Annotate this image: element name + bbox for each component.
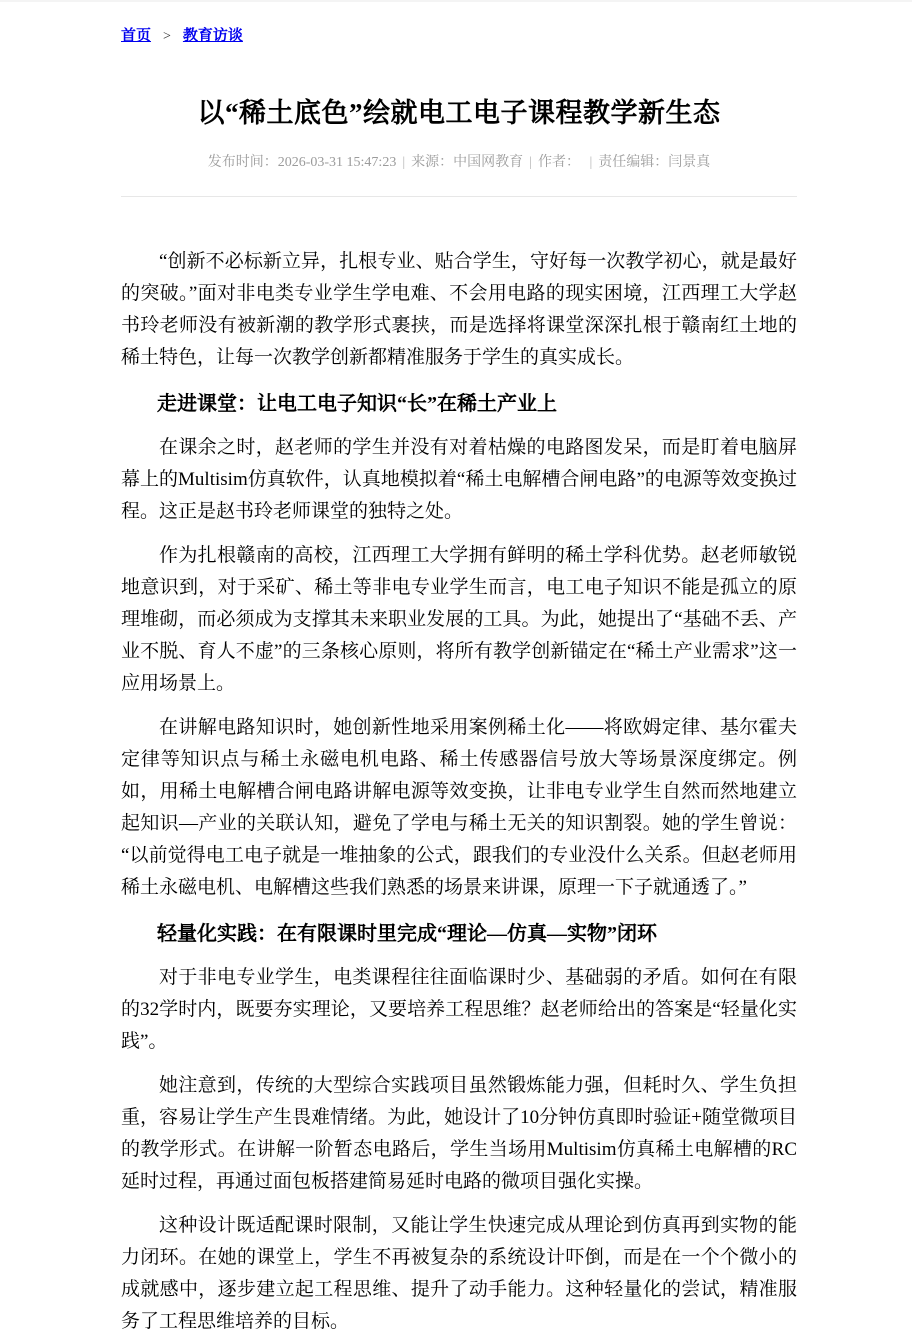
- article-page: { "breadcrumb": { "home": "首页", "separat…: [0, 0, 912, 1339]
- meta-publish-time: 发布时间：2026-03-31 15:47:23: [208, 155, 397, 170]
- meta-editor: 责任编辑：闫景真: [598, 155, 710, 170]
- article-paragraph: 在课余之时，赵老师的学生并没有对着枯燥的电路图发呆，而是盯着电脑屏幕上的Mult…: [121, 432, 797, 528]
- article-meta: 发布时间：2026-03-31 15:47:23|来源：中国网教育|作者： |责…: [121, 153, 797, 173]
- meta-separator: |: [402, 155, 405, 170]
- meta-author: 作者：: [538, 155, 580, 170]
- article-body: “创新不必标新立异，扎根专业、贴合学生，守好每一次教学初心，就是最好的突破。”面…: [121, 246, 797, 1338]
- breadcrumb-separator: >: [163, 29, 171, 44]
- article-container: 首页>教育访谈 以“稀土底色”绘就电工电子课程教学新生态 发布时间：2026-0…: [121, 2, 797, 1338]
- article-paragraph: “创新不必标新立异，扎根专业、贴合学生，守好每一次教学初心，就是最好的突破。”面…: [121, 246, 797, 374]
- article-paragraph: 作为扎根赣南的高校，江西理工大学拥有鲜明的稀土学科优势。赵老师敏锐地意识到，对于…: [121, 540, 797, 700]
- article-paragraph: 这种设计既适配课时限制，又能让学生快速完成从理论到仿真再到实物的能力闭环。在她的…: [121, 1210, 797, 1338]
- article-paragraph: 对于非电专业学生，电类课程往往面临课时少、基础弱的矛盾。如何在有限的32学时内，…: [121, 962, 797, 1058]
- breadcrumb-home-link[interactable]: 首页: [121, 28, 151, 44]
- meta-separator: |: [589, 155, 592, 170]
- meta-source: 来源：中国网教育: [411, 155, 523, 170]
- header-divider: [121, 196, 797, 197]
- breadcrumb: 首页>教育访谈: [121, 2, 797, 47]
- section-heading: 走进课堂：让电工电子知识“长”在稀土产业上: [121, 388, 797, 420]
- meta-separator: |: [529, 155, 532, 170]
- section-heading: 轻量化实践：在有限课时里完成“理论—仿真—实物”闭环: [121, 918, 797, 950]
- page-title: 以“稀土底色”绘就电工电子课程教学新生态: [121, 94, 797, 132]
- article-paragraph: 她注意到，传统的大型综合实践项目虽然锻炼能力强，但耗时久、学生负担重，容易让学生…: [121, 1070, 797, 1198]
- article-paragraph: 在讲解电路知识时，她创新性地采用案例稀土化——将欧姆定律、基尔霍夫定律等知识点与…: [121, 712, 797, 904]
- breadcrumb-category-link[interactable]: 教育访谈: [183, 28, 243, 44]
